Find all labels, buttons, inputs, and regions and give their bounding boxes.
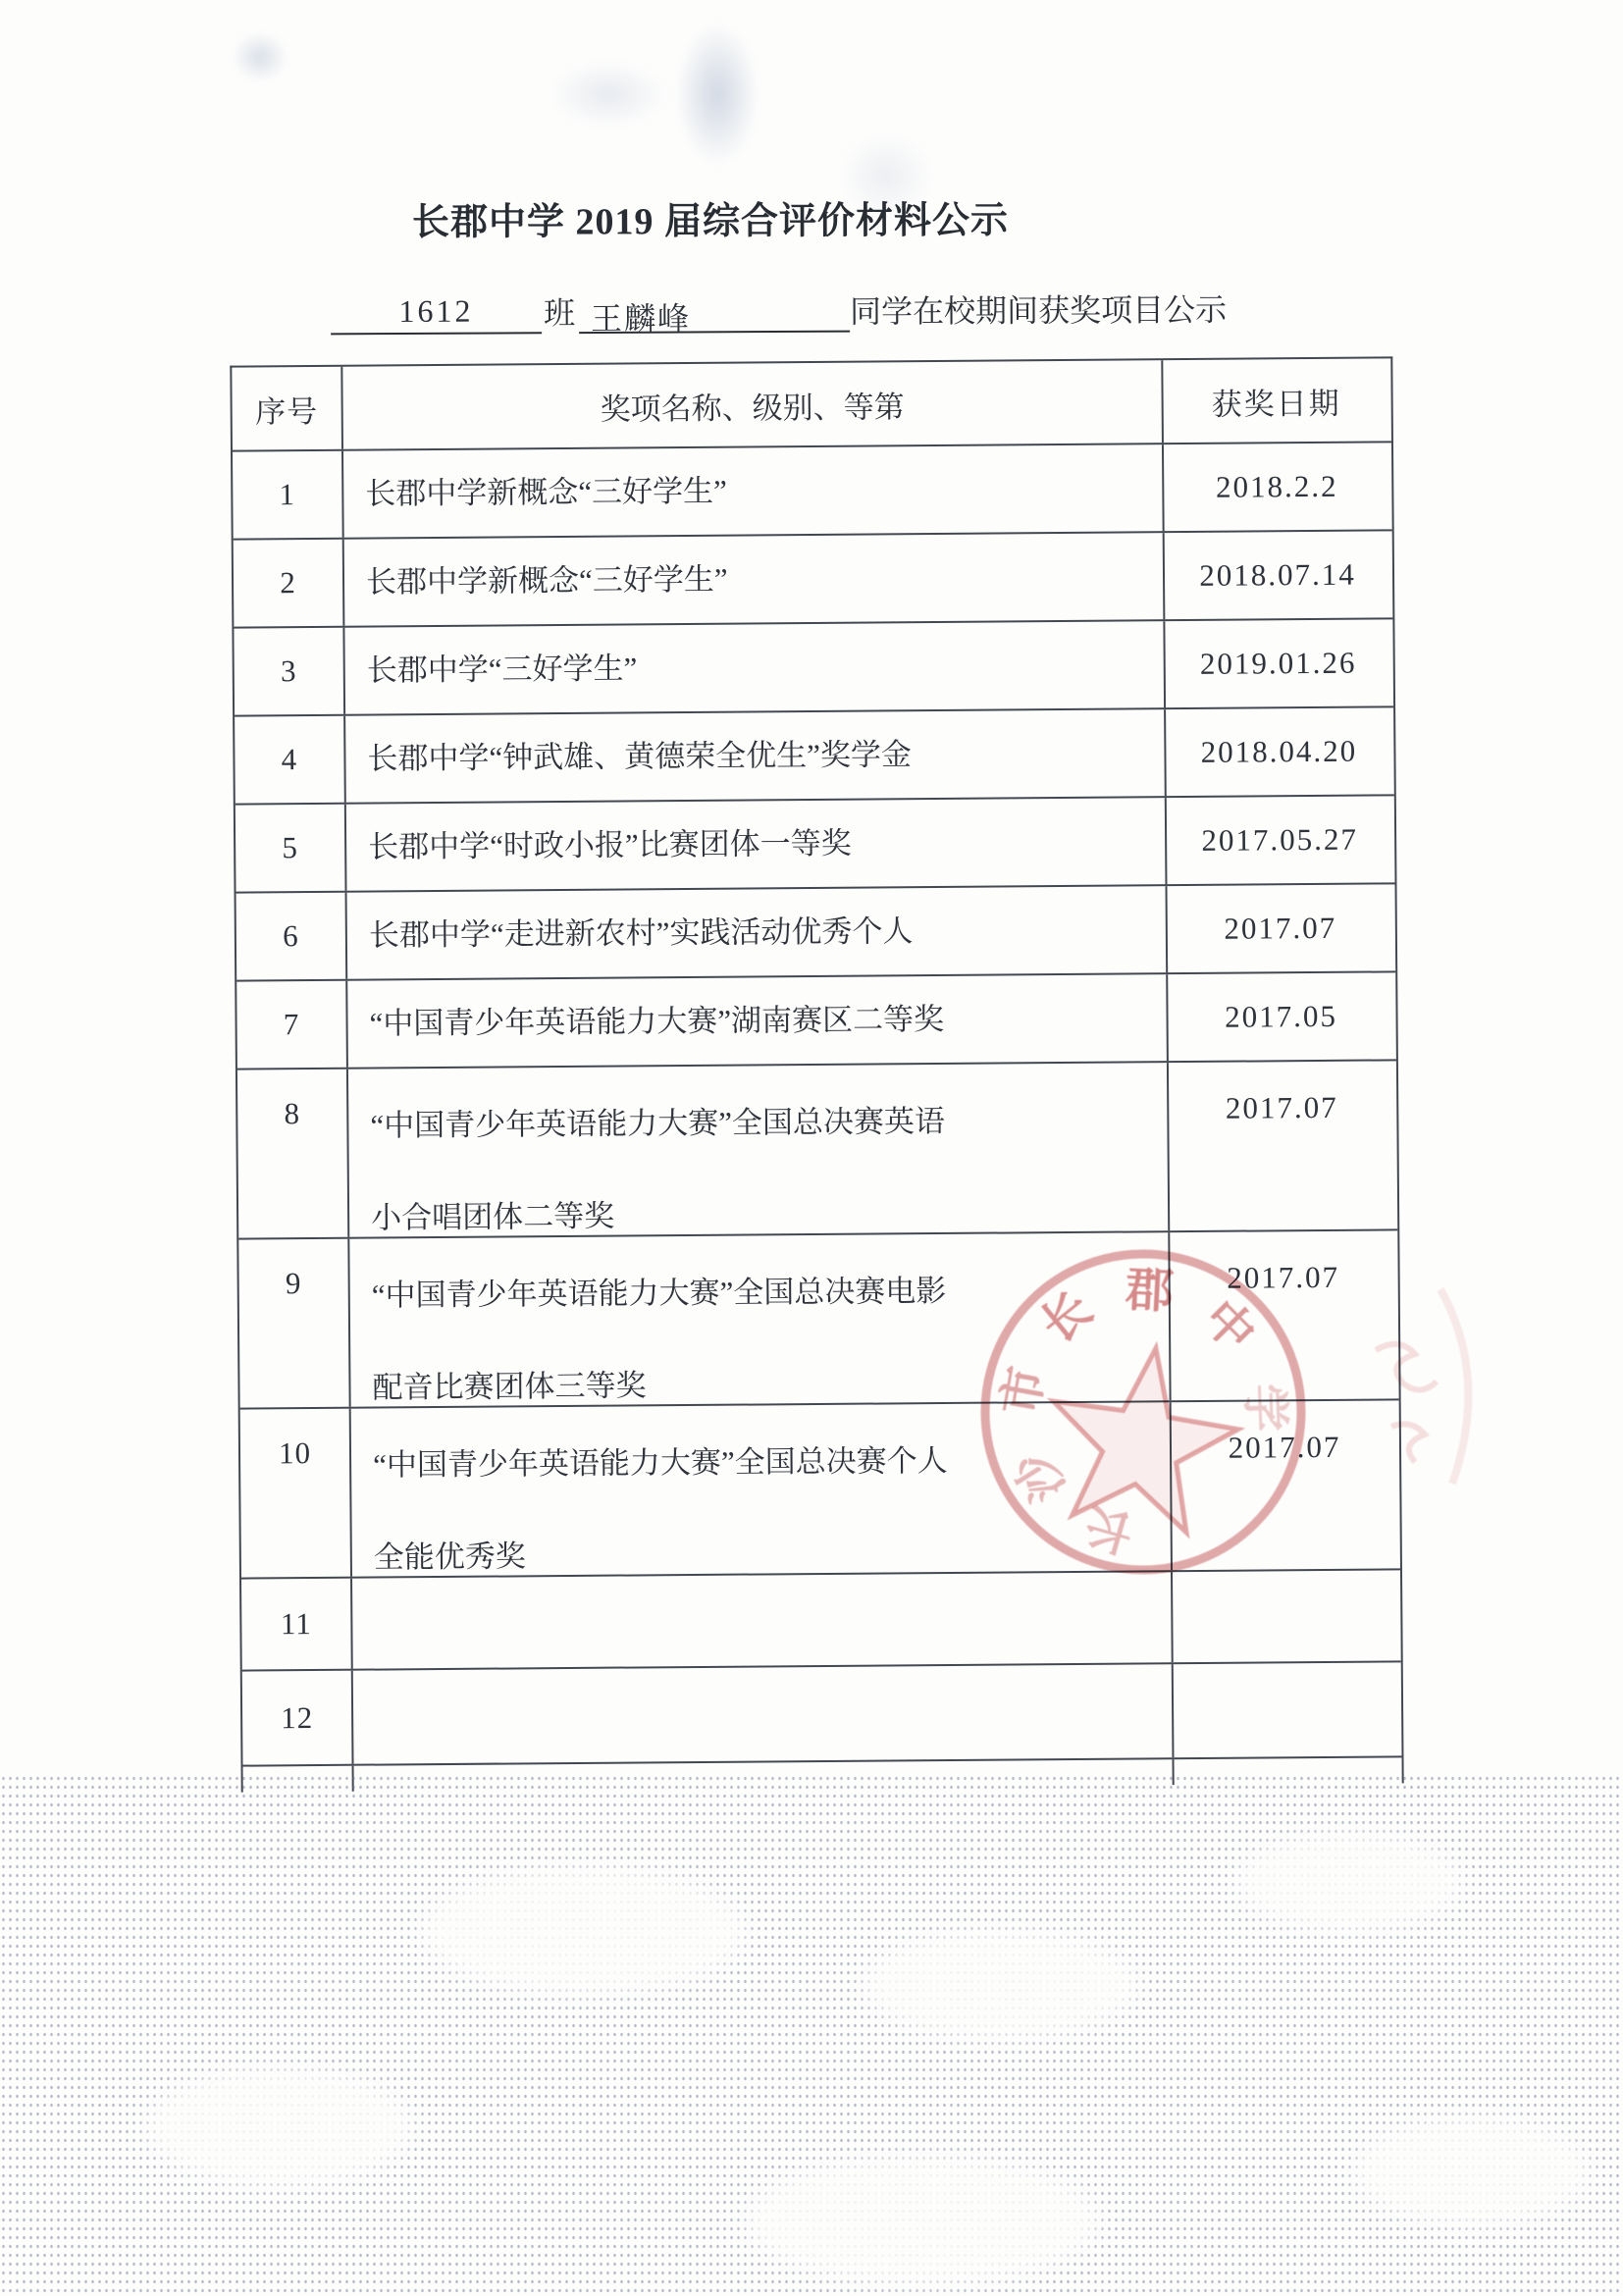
award-date: 2017.05.27 <box>1167 796 1393 884</box>
row-number: 3 <box>234 628 345 715</box>
header-award: 奖项名称、级别、等第 <box>342 360 1164 449</box>
band-fade-patch <box>1236 1833 1462 1931</box>
table-row: 6 长郡中学“走进新农村”实践活动优秀个人 2017.07 <box>236 884 1396 981</box>
award-date: 2018.2.2 <box>1164 443 1390 531</box>
row-number: 8 <box>237 1070 349 1238</box>
table-row: 5 长郡中学“时政小报”比赛团体一等奖 2017.05.27 <box>236 796 1395 893</box>
table-row: 2 长郡中学新概念“三好学生” 2018.07.14 <box>234 531 1393 628</box>
award-name: 长郡中学新概念“三好学生” <box>344 533 1166 626</box>
subtitle-suffix: 同学在校期间获奖项目公示 <box>850 292 1227 330</box>
row-number: 11 <box>241 1579 353 1670</box>
class-label: 班 <box>544 295 575 331</box>
award-date: 2019.01.26 <box>1165 619 1391 707</box>
row-number: 6 <box>236 893 348 980</box>
row-number: 7 <box>236 981 348 1069</box>
band-fade-patch <box>1354 2117 1590 2225</box>
band-fade-patch <box>422 1867 746 1995</box>
award-date <box>1174 1662 1400 1757</box>
award-name: “中国青少年英语能力大赛”湖南赛区二等奖 <box>347 974 1169 1068</box>
scanned-document-page: 长郡中学 2019 届综合评价材料公示 1612班王麟峰同学在校期间获奖项目公示… <box>0 0 1623 2296</box>
class-number-blank: 1612 <box>331 292 542 335</box>
award-date: 2018.07.14 <box>1165 531 1391 619</box>
seal-ghost-marks <box>1376 1289 1468 1484</box>
table-header-row: 序号 奖项名称、级别、等第 获奖日期 <box>232 358 1391 451</box>
seal-char: 郡 <box>1125 1262 1176 1318</box>
award-name: 长郡中学“三好学生” <box>344 621 1166 714</box>
student-name-blank: 王麟峰 <box>579 293 850 334</box>
table-row: 8 “中国青少年英语能力大赛”全国总决赛英语 小合唱团体二等奖 2017.07 <box>237 1061 1397 1239</box>
award-date: 2018.04.20 <box>1166 707 1392 796</box>
header-date: 获奖日期 <box>1163 358 1389 443</box>
award-name <box>353 1664 1175 1764</box>
table-row: 4 长郡中学“钟武雄、黄德荣全优生”奖学金 2018.04.20 <box>235 707 1394 805</box>
page-title: 长郡中学 2019 届综合评价材料公示 <box>412 189 1009 245</box>
award-date: 2017.07 <box>1169 1061 1395 1230</box>
seal-char: 学 <box>1237 1383 1293 1433</box>
band-fade-patch <box>864 1931 1138 2039</box>
award-name: 长郡中学“走进新农村”实践活动优秀个人 <box>347 886 1169 979</box>
header-index: 序号 <box>232 367 343 450</box>
row-number: 9 <box>238 1239 350 1408</box>
subtitle-line: 1612班王麟峰同学在校期间获奖项目公示 <box>331 286 1227 336</box>
award-name: “中国青少年英语能力大赛”全国总决赛英语 小合唱团体二等奖 <box>348 1063 1170 1237</box>
halftone-band <box>0 1774 1623 2296</box>
band-fade-patch <box>147 2068 412 2186</box>
band-fade-patch <box>746 2157 1099 2284</box>
table-row: 3 长郡中学“三好学生” 2019.01.26 <box>234 619 1393 716</box>
row-number: 4 <box>235 716 346 804</box>
scan-smudge <box>530 49 687 139</box>
award-name: 长郡中学“时政小报”比赛团体一等奖 <box>346 798 1168 891</box>
row-number: 12 <box>242 1671 354 1765</box>
scan-smudge <box>663 2 771 186</box>
award-name: 长郡中学“钟武雄、黄德荣全优生”奖学金 <box>345 709 1167 803</box>
row-number: 10 <box>240 1409 352 1578</box>
scan-smudge <box>221 22 299 92</box>
award-date: 2017.07 <box>1168 884 1394 972</box>
table-row: 7 “中国青少年英语能力大赛”湖南赛区二等奖 2017.05 <box>236 972 1396 1070</box>
star-icon <box>1054 1348 1238 1533</box>
award-name: 长郡中学新概念“三好学生” <box>343 444 1165 538</box>
seal-char: 市 <box>993 1363 1055 1420</box>
award-date: 2017.05 <box>1168 972 1394 1061</box>
school-seal-stamp: 长沙市长郡中学 <box>952 1221 1511 1613</box>
row-number: 1 <box>233 451 344 539</box>
row-number: 5 <box>236 805 347 892</box>
table-row: 12 <box>242 1662 1402 1766</box>
row-number: 2 <box>234 540 345 627</box>
table-row: 1 长郡中学新概念“三好学生” 2018.2.2 <box>233 443 1392 540</box>
